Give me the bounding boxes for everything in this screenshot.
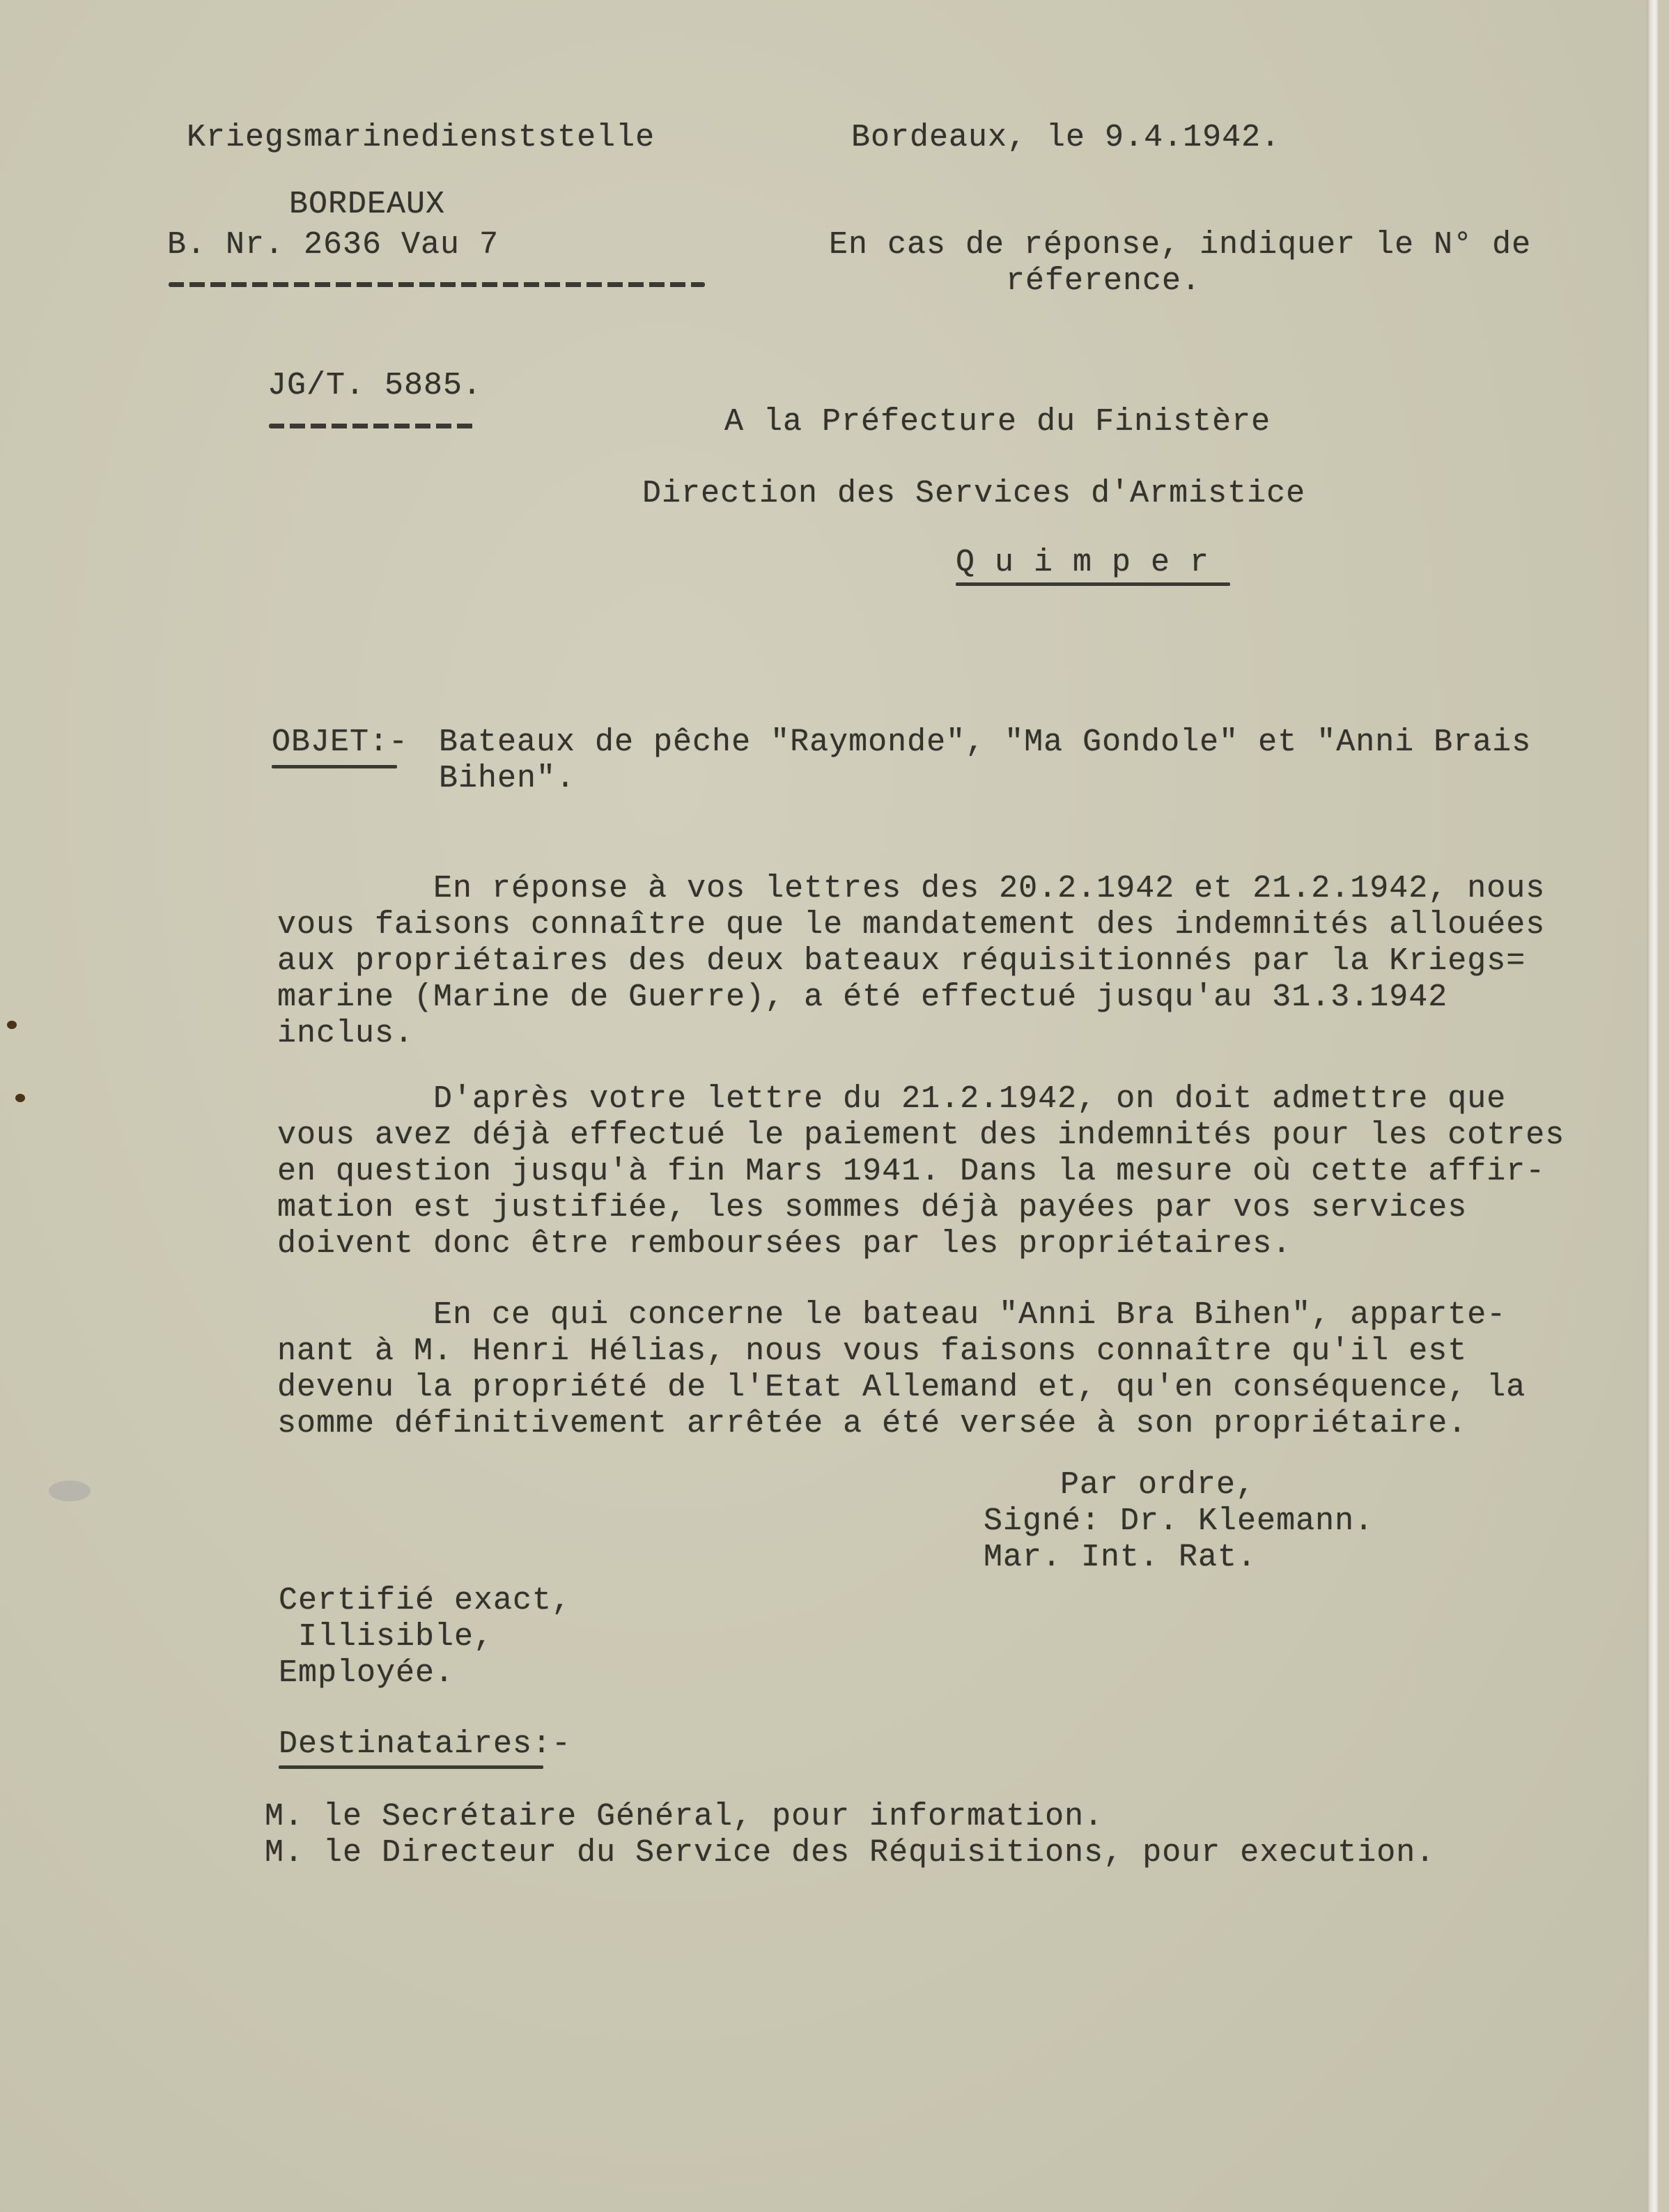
subject-label: OBJET:- (272, 725, 408, 761)
body-paragraph-1: En réponse à vos lettres des 20.2.1942 e… (277, 871, 1663, 1052)
signature-line3: Mar. Int. Rat. (984, 1540, 1257, 1576)
header-divider (169, 282, 705, 287)
distribution-label-underline (279, 1765, 543, 1769)
body-paragraph-2: D'après votre lettre du 21.2.1942, on do… (277, 1081, 1663, 1262)
body-line: somme définitivement arrêtée a été versé… (277, 1406, 1663, 1442)
body-line: inclus. (277, 1016, 1663, 1052)
distribution-item: M. le Directeur du Service des Réquisiti… (265, 1835, 1435, 1871)
file-reference-divider (269, 424, 478, 428)
certification-line3: Employée. (279, 1655, 454, 1692)
body-line: nant à M. Henri Hélias, nous vous faison… (277, 1333, 1663, 1370)
recipient-city-underline (956, 582, 1230, 586)
signature-line1: Par ordre, (1060, 1467, 1255, 1503)
reply-notice-line1: En cas de réponse, indiquer le N° de (829, 227, 1531, 263)
body-line: En ce qui concerne le bateau "Anni Bra B… (277, 1297, 1663, 1333)
subject-line1: Bateaux de pêche "Raymonde", "Ma Gondole… (439, 725, 1531, 761)
reference-number: B. Nr. 2636 Vau 7 (167, 227, 499, 263)
body-line: devenu la propriété de l'Etat Allemand e… (277, 1370, 1663, 1406)
sender-name: Kriegsmarinedienststelle (187, 120, 655, 156)
subject-line2: Bihen". (439, 761, 575, 797)
body-line: aux propriétaires des deux bateaux réqui… (277, 943, 1663, 980)
subject-label-underline (272, 765, 397, 768)
body-line: doivent donc être remboursées par les pr… (277, 1226, 1663, 1262)
recipient-line2: Direction des Services d'Armistice (642, 476, 1305, 512)
body-line: vous avez déjà effectué le paiement des … (277, 1117, 1663, 1154)
ink-spot (15, 1094, 25, 1102)
ink-spot (7, 1021, 17, 1029)
place-date: Bordeaux, le 9.4.1942. (851, 120, 1280, 156)
document-page: Kriegsmarinedienststelle BORDEAUX B. Nr.… (0, 0, 1658, 2212)
recipient-city: Q u i m p e r (956, 545, 1209, 581)
recipient-line1: A la Préfecture du Finistère (724, 404, 1271, 440)
body-line: En réponse à vos lettres des 20.2.1942 e… (277, 871, 1663, 907)
signature-line2: Signé: Dr. Kleemann. (984, 1503, 1374, 1540)
smudge (49, 1480, 91, 1501)
file-reference: JG/T. 5885. (267, 368, 482, 404)
body-line: D'après votre lettre du 21.2.1942, on do… (277, 1081, 1663, 1117)
body-line: marine (Marine de Guerre), a été effectu… (277, 980, 1663, 1016)
reply-notice-line2: réference. (1006, 263, 1201, 300)
certification-line2: Illisible, (279, 1619, 493, 1655)
body-line: mation est justifiée, les sommes déjà pa… (277, 1190, 1663, 1226)
distribution-label: Destinataires:- (279, 1726, 571, 1763)
body-line: en question jusqu'à fin Mars 1941. Dans … (277, 1154, 1663, 1190)
distribution-item: M. le Secrétaire Général, pour informati… (265, 1799, 1103, 1835)
body-line: vous faisons connaître que le mandatemen… (277, 907, 1663, 943)
certification-line1: Certifié exact, (279, 1583, 571, 1619)
body-paragraph-3: En ce qui concerne le bateau "Anni Bra B… (277, 1297, 1663, 1442)
sender-city: BORDEAUX (289, 187, 445, 223)
